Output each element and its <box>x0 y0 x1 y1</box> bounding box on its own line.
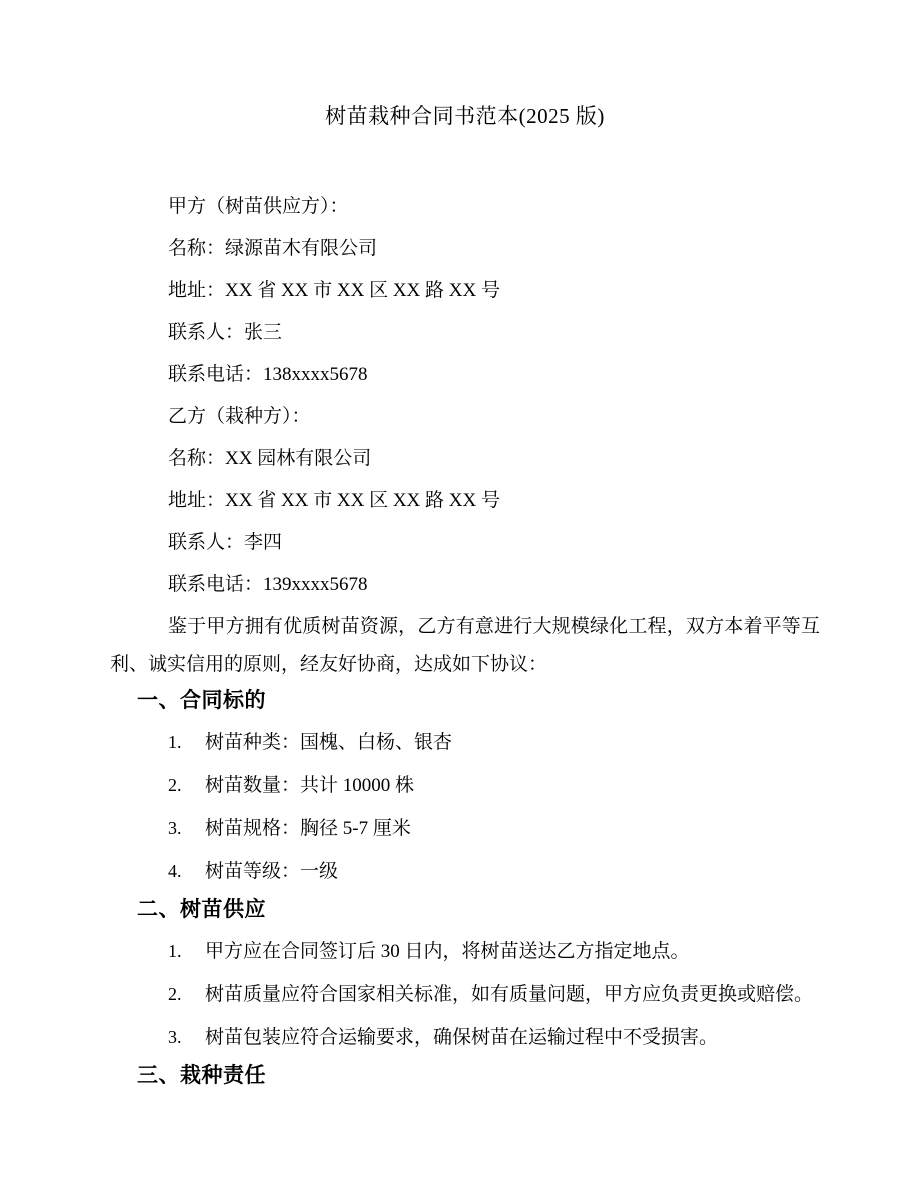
list-item-text: 树苗包装应符合运输要求，确保树苗在运输过程中不受损害。 <box>205 1027 718 1048</box>
list-item-text: 树苗等级：一级 <box>205 861 338 882</box>
document-title: 树苗栽种合同书范本(2025 版) <box>110 103 820 130</box>
section-heading-contract-subject: 一、合同标的 <box>110 686 820 716</box>
list-item: 2.树苗数量：共计 10000 株 <box>110 766 820 805</box>
party-b-address: 地址：XX 省 XX 市 XX 区 XX 路 XX 号 <box>110 482 820 520</box>
contract-document: 树苗栽种合同书范本(2025 版) 甲方（树苗供应方）： 名称：绿源苗木有限公司… <box>0 0 920 1191</box>
party-b-phone: 联系电话：139xxxx5678 <box>110 566 820 604</box>
list-item-text: 甲方应在合同签订后 30 日内，将树苗送达乙方指定地点。 <box>205 941 690 962</box>
list-item-number: 3. <box>168 809 205 847</box>
party-a-role: 甲方（树苗供应方）： <box>110 188 820 226</box>
party-b-role: 乙方（栽种方）： <box>110 398 820 436</box>
list-item-text: 树苗规格：胸径 5-7 厘米 <box>205 818 411 839</box>
list-item-number: 4. <box>168 852 205 890</box>
list-item-text: 树苗质量应符合国家相关标准，如有质量问题，甲方应负责更换或赔偿。 <box>205 984 813 1005</box>
list-item-number: 2. <box>168 766 205 804</box>
list-item: 2.树苗质量应符合国家相关标准，如有质量问题，甲方应负责更换或赔偿。 <box>110 975 820 1014</box>
list-item-text: 树苗种类：国槐、白杨、银杏 <box>205 732 452 753</box>
list-item-number: 1. <box>168 723 205 761</box>
list-item-number: 3. <box>168 1018 205 1056</box>
party-b-contact: 联系人：李四 <box>110 524 820 562</box>
section-heading-planting-responsibility: 三、栽种责任 <box>110 1061 820 1091</box>
party-a-phone: 联系电话：138xxxx5678 <box>110 356 820 394</box>
section-heading-seedling-supply: 二、树苗供应 <box>110 895 820 925</box>
list-item: 3.树苗包装应符合运输要求，确保树苗在运输过程中不受损害。 <box>110 1018 820 1057</box>
list-item-number: 1. <box>168 932 205 970</box>
party-a-address: 地址：XX 省 XX 市 XX 区 XX 路 XX 号 <box>110 272 820 310</box>
list-item-number: 2. <box>168 975 205 1013</box>
list-item: 1.甲方应在合同签订后 30 日内，将树苗送达乙方指定地点。 <box>110 932 820 971</box>
list-item: 1.树苗种类：国槐、白杨、银杏 <box>110 723 820 762</box>
party-b-name: 名称：XX 园林有限公司 <box>110 440 820 478</box>
list-item-text: 树苗数量：共计 10000 株 <box>205 775 414 796</box>
party-a-contact: 联系人：张三 <box>110 314 820 352</box>
party-a-name: 名称：绿源苗木有限公司 <box>110 230 820 268</box>
list-item: 4.树苗等级：一级 <box>110 852 820 891</box>
list-item: 3.树苗规格：胸径 5-7 厘米 <box>110 809 820 848</box>
contract-preamble: 鉴于甲方拥有优质树苗资源，乙方有意进行大规模绿化工程，双方本着平等互利、诚实信用… <box>110 608 820 684</box>
